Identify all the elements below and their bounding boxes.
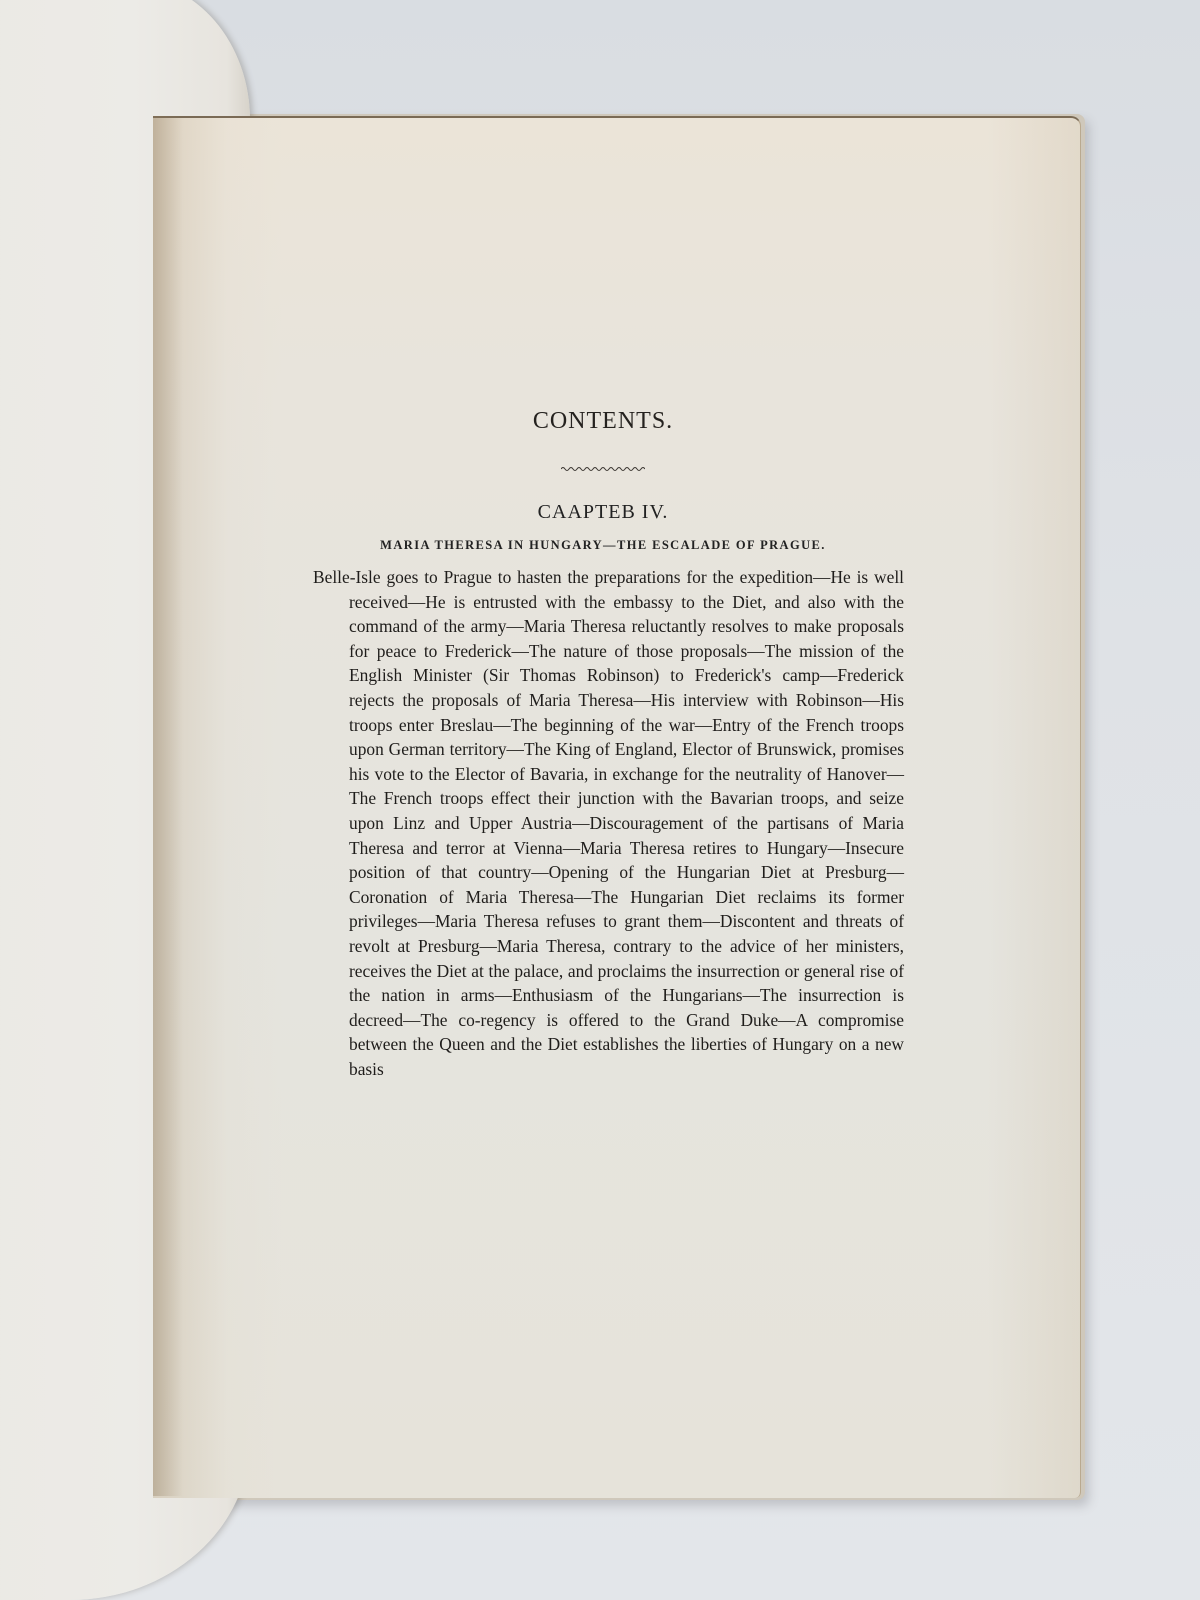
chapter-subtitle: MARIA THERESA IN HUNGARY—THE ESCALADE OF… bbox=[313, 538, 893, 553]
chapter-summary: Belle-Isle goes to Prague to hasten the … bbox=[313, 565, 904, 1081]
chapter-title: CAAPTEB IV. bbox=[313, 501, 893, 524]
book-page: CONTENTS. CAAPTEB IV. MARIA THERESA IN H… bbox=[153, 116, 1081, 1498]
contents-heading: CONTENTS. bbox=[313, 408, 893, 435]
wavy-rule-ornament bbox=[561, 465, 645, 473]
contents-section: CONTENTS. CAAPTEB IV. MARIA THERESA IN H… bbox=[313, 408, 893, 1081]
